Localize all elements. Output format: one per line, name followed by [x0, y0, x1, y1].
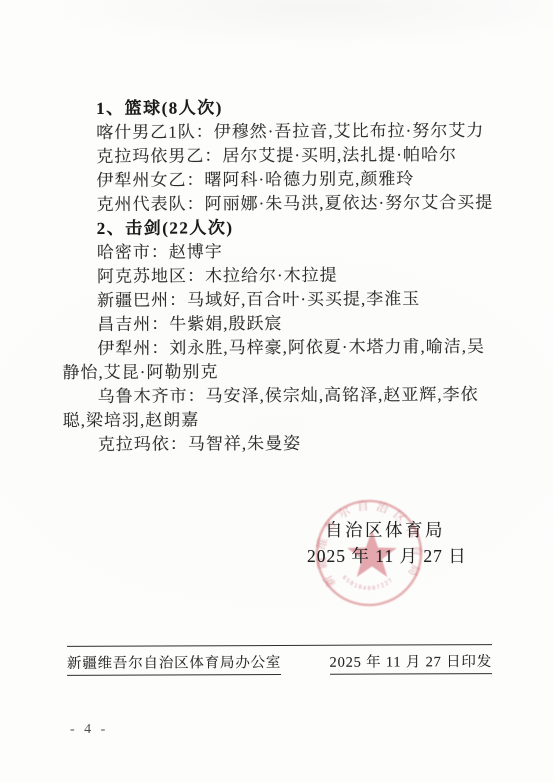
section-basketball: 1、篮球(8人次) 喀什男乙1队：伊穆然·吾拉音,艾比布拉·努尔艾力 克拉玛依男…	[61, 95, 494, 217]
document-body: 1、篮球(8人次) 喀什男乙1队：伊穆然·吾拉音,艾比布拉·努尔艾力 克拉玛依男…	[61, 95, 495, 457]
footer-office-name: 新疆维吾尔自治区体育局办公室	[67, 651, 281, 676]
roster-line: 乌鲁木齐市：马安泽,侯宗灿,高铭泽,赵亚辉,李依聪,梁培羽,赵朗嘉	[63, 383, 495, 433]
roster-line: 克拉玛依男乙：居尔艾提·买明,法扎提·帕哈尔	[61, 143, 493, 169]
roster-line: 克州代表队：阿丽娜·朱马洪,夏依达·努尔艾合买提	[62, 191, 494, 217]
footer: 新疆维吾尔自治区体育局办公室 2025 年 11 月 27 日印发	[67, 650, 492, 676]
section-heading: 1、篮球(8人次)	[61, 95, 493, 121]
svg-text:650104007227: 650104007227	[341, 575, 395, 592]
roster-line: 阿克苏地区：木拉给尔·木拉提	[62, 263, 494, 289]
section-fencing: 2、击剑(22人次) 哈密市：赵博宇 阿克苏地区：木拉给尔·木拉提 新疆巴州：马…	[62, 215, 495, 457]
footer-divider	[67, 644, 492, 647]
section-heading: 2、击剑(22人次)	[62, 215, 494, 241]
roster-line: 新疆巴州：马域好,百合叶·买买提,李淮玉	[62, 287, 494, 313]
issuer-name: 自治区体育局	[325, 517, 445, 542]
document-page: 1、篮球(8人次) 喀什男乙1队：伊穆然·吾拉音,艾比布拉·努尔艾力 克拉玛依男…	[0, 0, 553, 782]
roster-line: 克拉玛依：马智祥,朱曼姿	[63, 431, 495, 457]
roster-line: 喀什男乙1队：伊穆然·吾拉音,艾比布拉·努尔艾力	[61, 119, 493, 145]
roster-line: 哈密市：赵博宇	[62, 239, 494, 265]
roster-line: 昌吉州：牛紫娟,殷跃宸	[62, 311, 494, 337]
roster-line: 伊犁州女乙：曙阿科·哈德力别克,颜雅玲	[61, 167, 493, 193]
seal-serial-number: 650104007227	[341, 575, 395, 592]
footer-print-date: 2025 年 11 月 27 日印发	[329, 650, 492, 675]
page-number: - 4 -	[70, 722, 108, 738]
signature-date: 2025 年 11 月 27 日	[307, 543, 467, 568]
roster-line: 伊犁州：刘永胜,马梓豪,阿依夏·木塔力甫,喻洁,吴静怡,艾昆·阿勒别克	[62, 335, 494, 385]
